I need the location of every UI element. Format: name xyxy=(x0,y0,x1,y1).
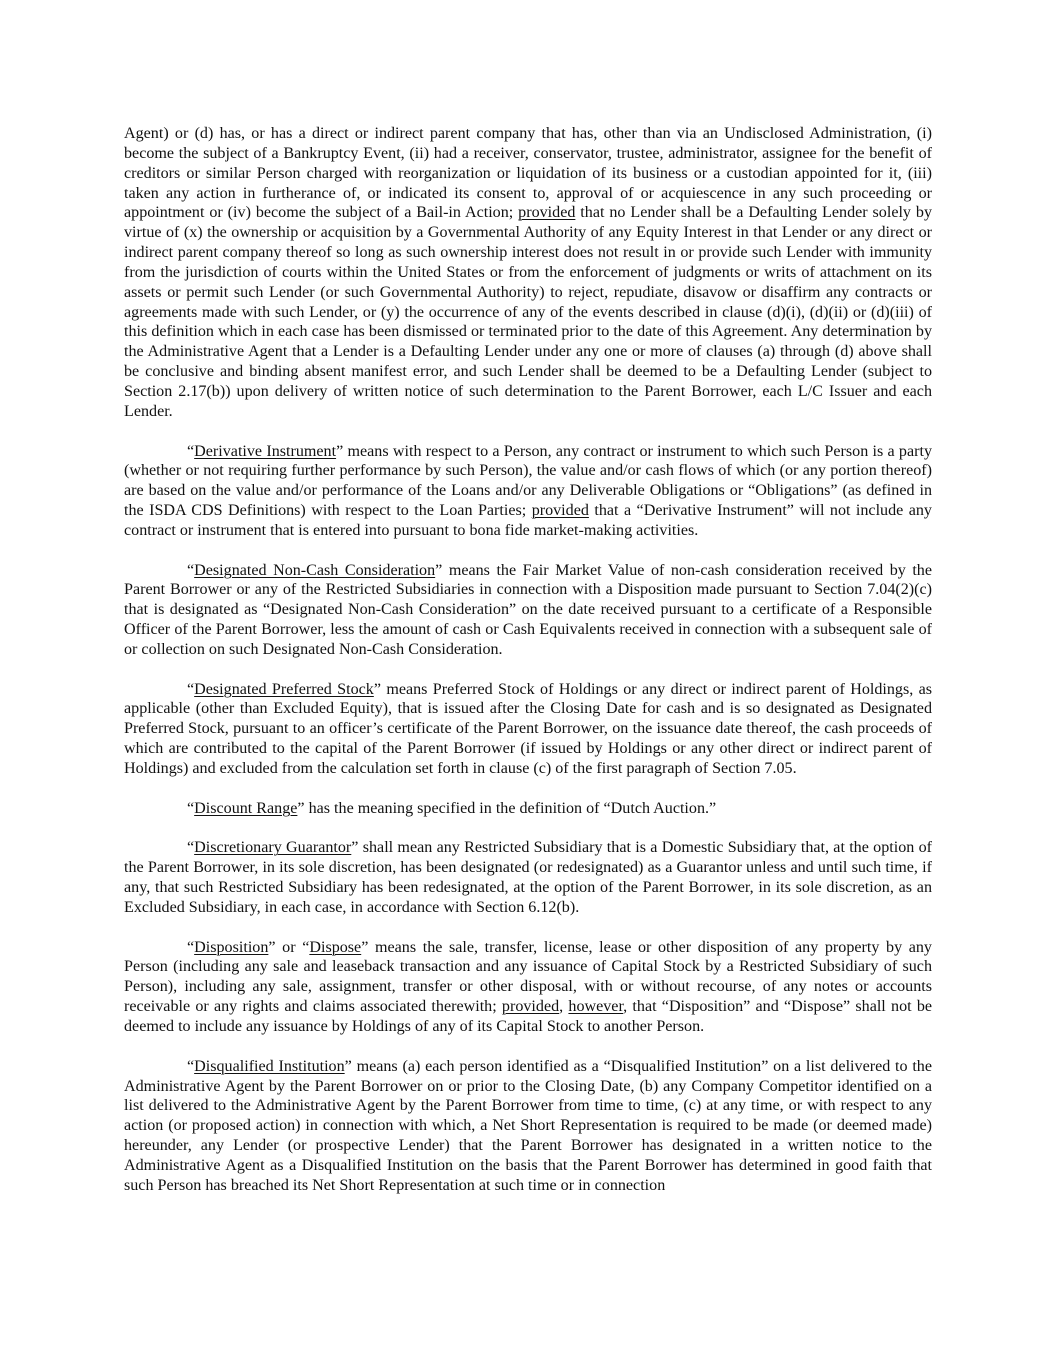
defined-term-however: however xyxy=(568,998,623,1015)
defined-term: Derivative Instrument xyxy=(194,443,336,460)
defined-term: Disqualified Institution xyxy=(194,1058,345,1075)
text-segment: that no Lender shall be a Defaulting Len… xyxy=(124,204,932,419)
definition-designated-non-cash-consideration: “Designated Non-Cash Consideration” mean… xyxy=(124,561,932,660)
document-page: Agent) or (d) has, or has a direct or in… xyxy=(124,124,932,1196)
text-segment: ” means (a) each person identified as a … xyxy=(124,1058,932,1194)
defined-term: Disposition xyxy=(194,939,268,956)
defined-term: Dispose xyxy=(309,939,361,956)
definition-designated-preferred-stock: “Designated Preferred Stock” means Prefe… xyxy=(124,680,932,779)
defined-term: Designated Preferred Stock xyxy=(194,681,374,698)
defined-term: Discretionary Guarantor xyxy=(194,839,351,856)
text-segment: ” has the meaning specified in the defin… xyxy=(297,800,716,817)
definition-discount-range: “Discount Range” has the meaning specifi… xyxy=(124,799,932,819)
defined-term: Designated Non-Cash Consideration xyxy=(194,562,435,579)
definition-disposition: “Disposition” or “Dispose” means the sal… xyxy=(124,938,932,1037)
definition-derivative-instrument: “Derivative Instrument” means with respe… xyxy=(124,442,932,541)
defined-term: Discount Range xyxy=(194,800,297,817)
defined-term-provided: provided xyxy=(502,998,559,1015)
defined-term-provided: provided xyxy=(518,204,575,221)
text-segment: ” or “ xyxy=(268,939,309,956)
definition-disqualified-institution: “Disqualified Institution” means (a) eac… xyxy=(124,1057,932,1196)
defined-term-provided: provided xyxy=(532,502,589,519)
paragraph-defaulting-lender-continuation: Agent) or (d) has, or has a direct or in… xyxy=(124,124,932,422)
definition-discretionary-guarantor: “Discretionary Guarantor” shall mean any… xyxy=(124,838,932,917)
